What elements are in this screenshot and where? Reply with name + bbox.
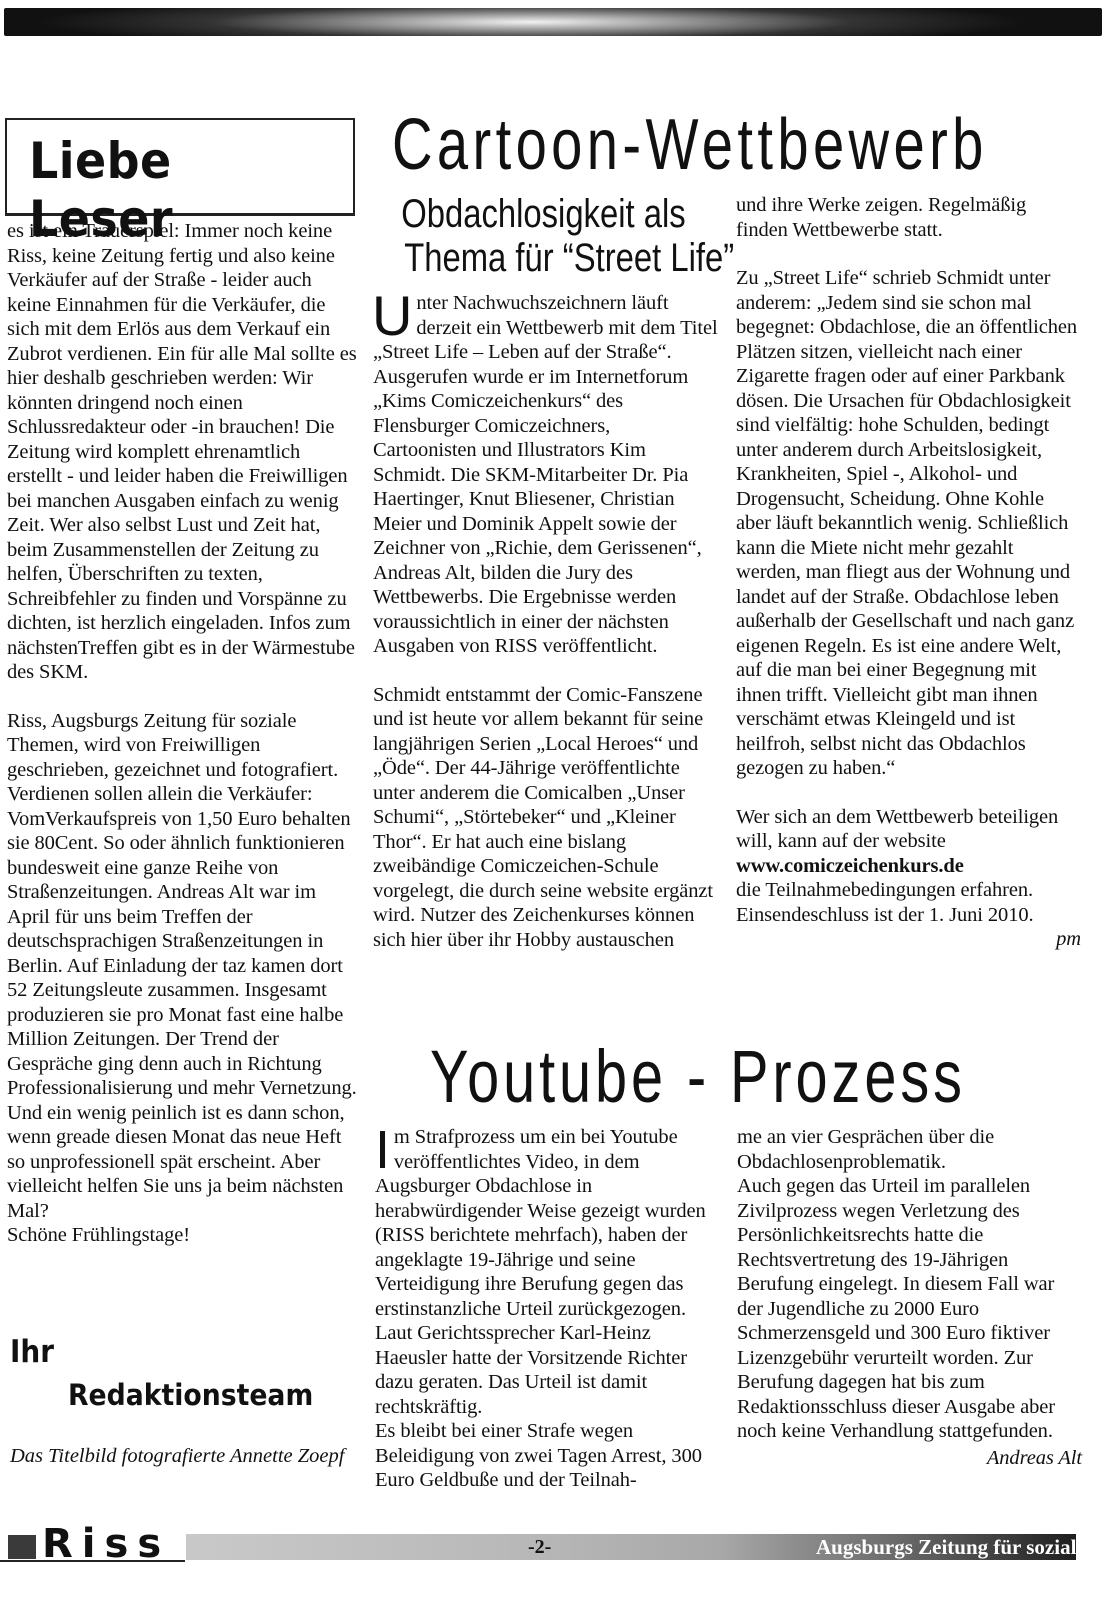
editorial-paragraph: es ist ein Trauerspiel: Immer noch keine… bbox=[7, 219, 357, 685]
cartoon-column-1: Unter Nachwuchszeichnern läuft derzeit e… bbox=[373, 291, 718, 952]
editorial-title-box: Liebe Leser bbox=[5, 118, 355, 216]
footer-bar: -2- Augsburgs Zeitung für soziale Themen bbox=[186, 1534, 1076, 1560]
youtube-paragraph: m Strafprozess um ein bei Youtube veröff… bbox=[375, 1126, 706, 1418]
cartoon-column-2: und ihre Werke zeigen. Regelmäßig finden… bbox=[736, 193, 1081, 952]
editorial-paragraph: Riss, Augsburgs Zeitung für soziale Them… bbox=[7, 709, 357, 1224]
youtube-paragraph: Es bleibt bei einer Strafe wegen Beleidi… bbox=[375, 1419, 720, 1493]
footer-decoration-block bbox=[8, 1535, 36, 1559]
editorial-sign-ihr: Ihr bbox=[10, 1334, 54, 1370]
photo-credit: Das Titelbild fotografierte Annette Zoep… bbox=[10, 1444, 350, 1469]
dropcap: I bbox=[375, 1127, 390, 1173]
contact-outro: die Teilnahmebedingungen erfahren. Einse… bbox=[736, 878, 1081, 927]
cartoon-paragraph: und ihre Werke zeigen. Regelmäßig finden… bbox=[736, 193, 1081, 242]
page-footer: Riss -2- Augsburgs Zeitung für soziale T… bbox=[0, 1526, 1110, 1562]
dropcap: U bbox=[372, 293, 412, 339]
author-signature: Andreas Alt bbox=[737, 1446, 1082, 1471]
youtube-column-2: me an vier Gesprächen über die Obdachlos… bbox=[737, 1125, 1082, 1470]
cartoon-paragraph: Schmidt entstammt der Comic-Fanszene und… bbox=[373, 683, 718, 953]
youtube-headline: Youtube - Prozess bbox=[430, 1034, 966, 1119]
header-decoration-bar bbox=[4, 8, 1102, 36]
footer-tagline: Augsburgs Zeitung für soziale Themen bbox=[816, 1535, 1110, 1560]
youtube-paragraph: me an vier Gesprächen über die Obdachlos… bbox=[737, 1125, 1082, 1174]
cartoon-paragraph: nter Nachwuchszeichnern läuft derzeit ei… bbox=[373, 292, 718, 657]
subheadline-line-2: Thema für “Street Life” bbox=[404, 236, 734, 280]
subheadline-line-1: Obdachlosigkeit als bbox=[401, 192, 685, 236]
cartoon-paragraph: Zu „Street Life“ schrieb Schmidt unter a… bbox=[736, 266, 1081, 781]
footer-rule bbox=[0, 1560, 185, 1562]
author-signature: pm bbox=[736, 927, 1081, 952]
page-number: -2- bbox=[528, 1536, 551, 1559]
editorial-sign-team: Redaktionsteam bbox=[68, 1378, 313, 1412]
website-link[interactable]: www.comiczeichenkurs.de bbox=[736, 854, 1081, 879]
youtube-column-1: Im Strafprozess um ein bei Youtube veröf… bbox=[375, 1125, 720, 1493]
contact-intro: Wer sich an dem Wettbewerb beteiligen wi… bbox=[736, 805, 1081, 854]
editorial-body: es ist ein Trauerspiel: Immer noch keine… bbox=[7, 219, 357, 1248]
editorial-greeting: Schöne Frühlingstage! bbox=[7, 1223, 357, 1248]
youtube-paragraph: Auch gegen das Urteil im parallelen Zivi… bbox=[737, 1174, 1082, 1444]
cartoon-subheadline: Obdachlosigkeit als Thema für “Street Li… bbox=[368, 192, 718, 280]
cartoon-headline: Cartoon-Wettbewerb bbox=[392, 104, 988, 186]
